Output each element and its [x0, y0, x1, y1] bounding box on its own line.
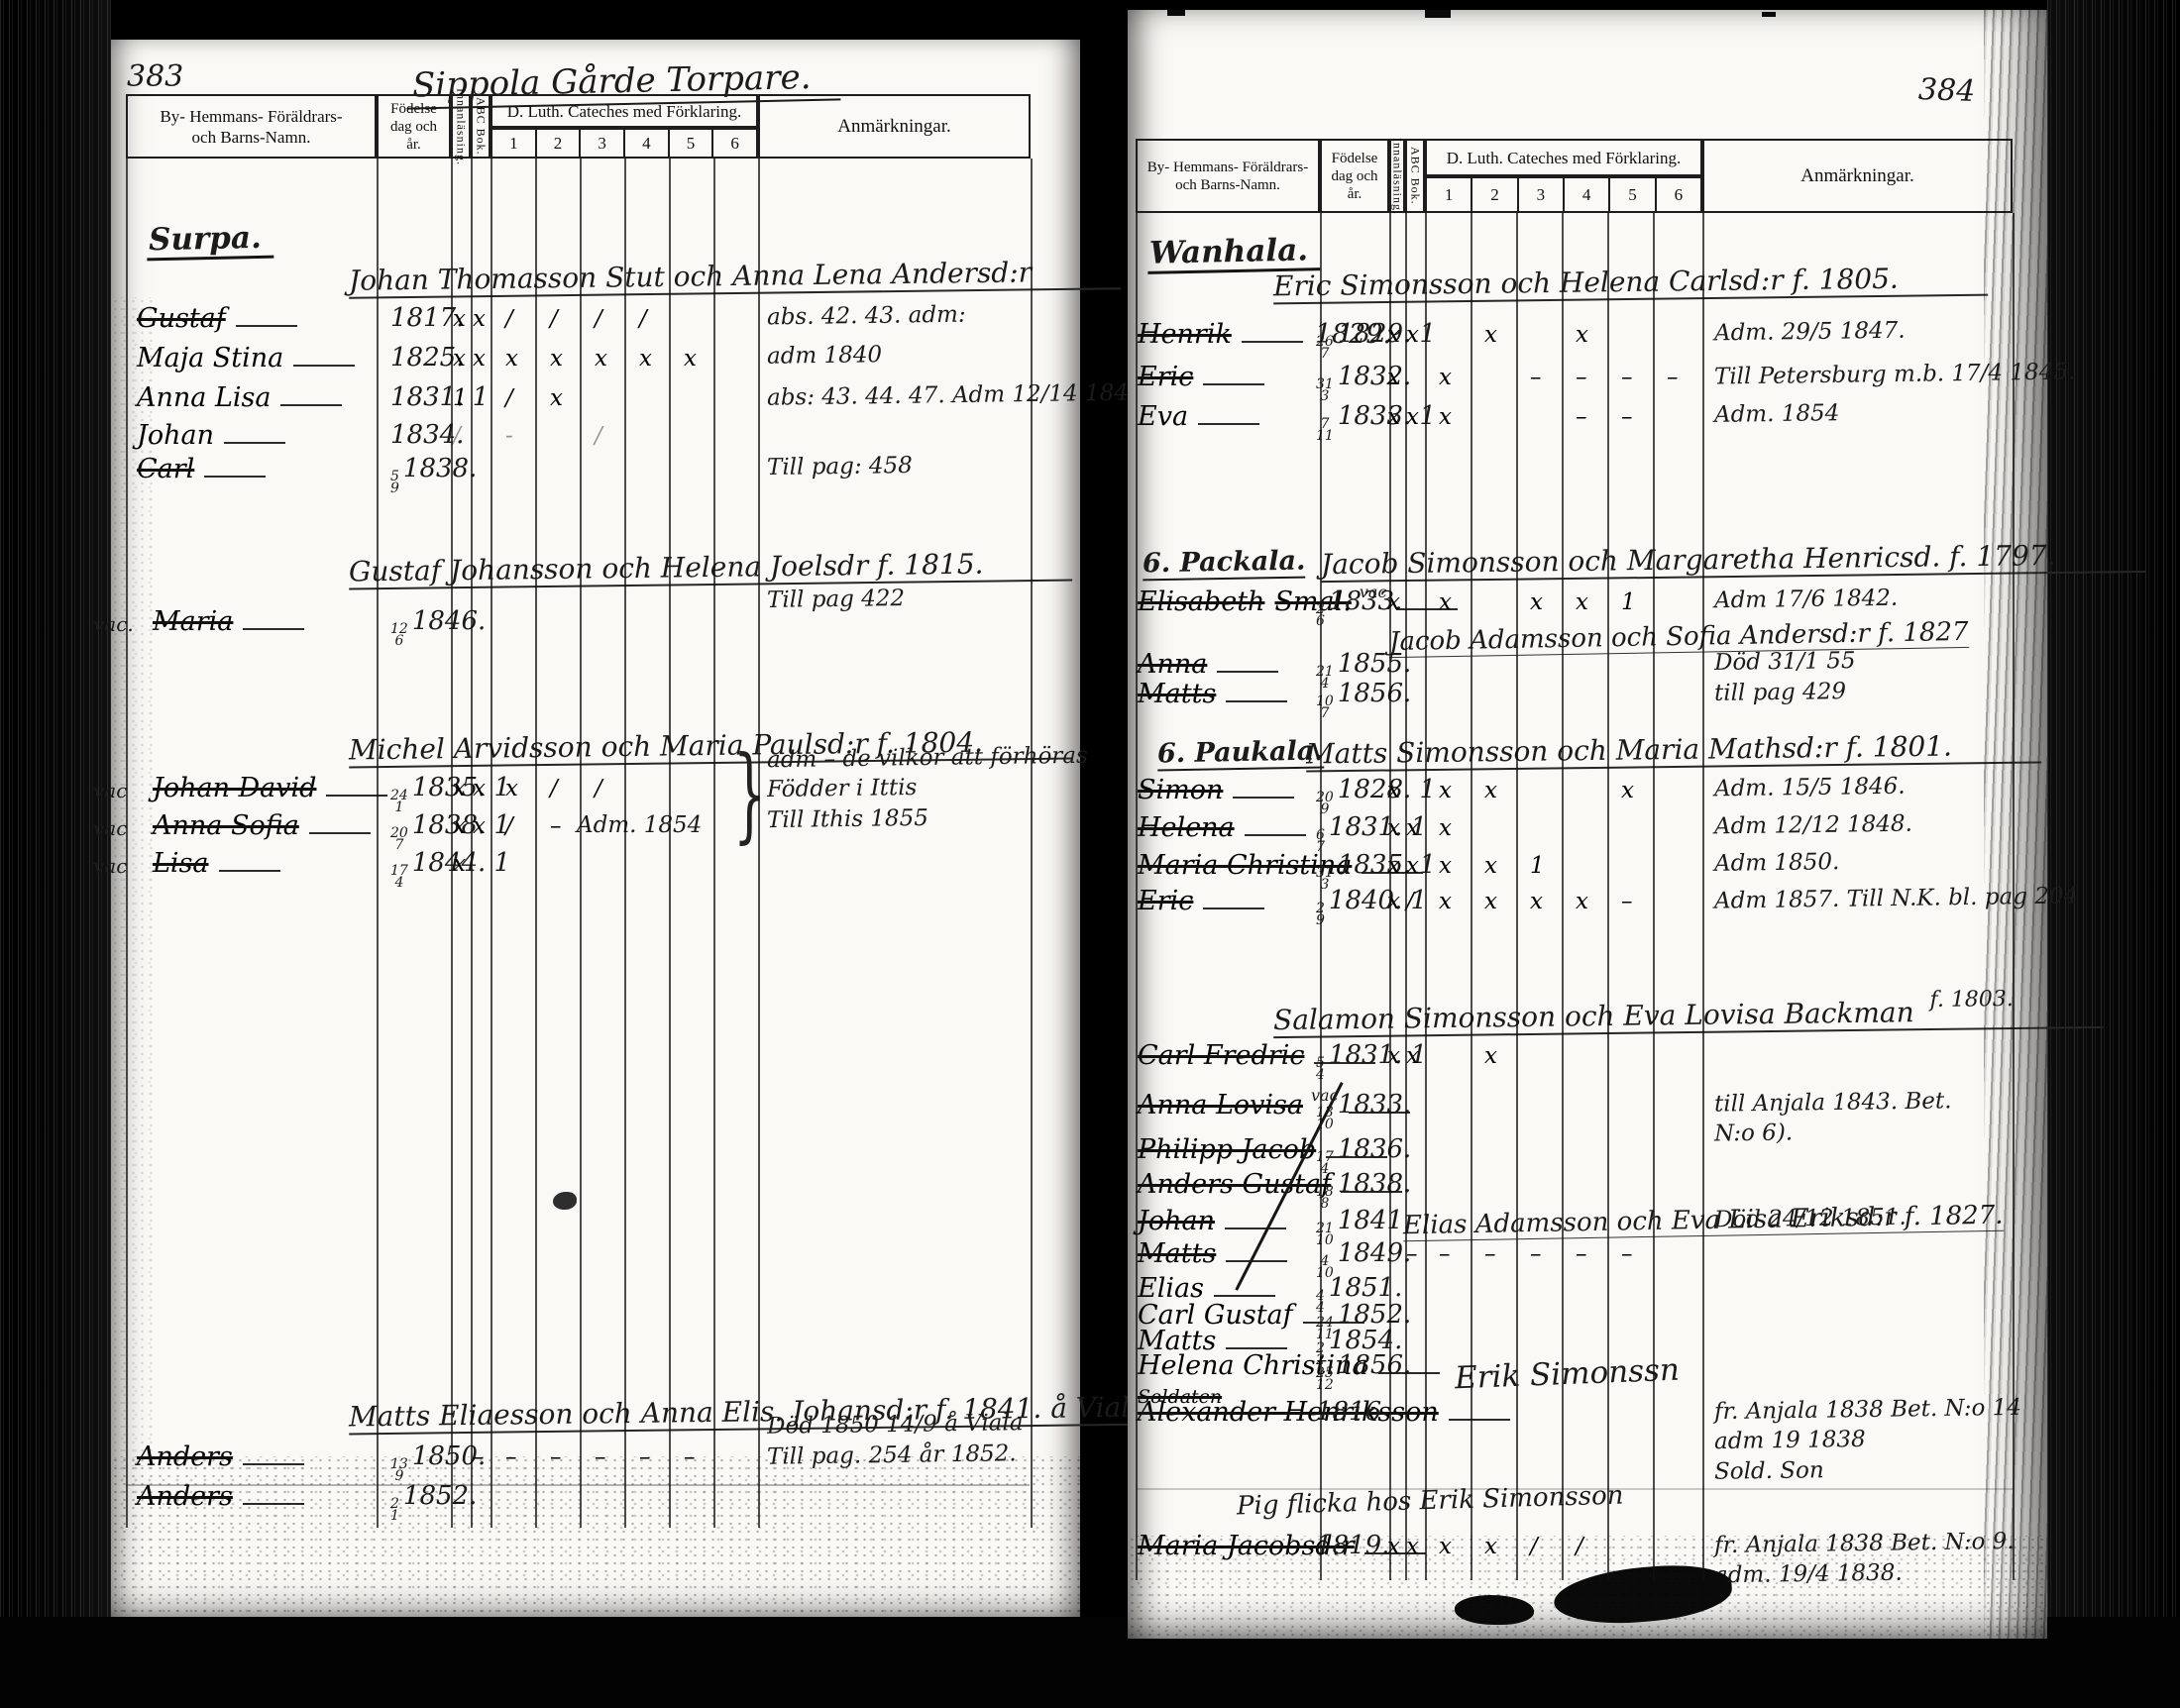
- catechism-mark: x: [1530, 889, 1543, 914]
- birth-year: 1851.: [1329, 1273, 1402, 1303]
- child-row: Lisa: [153, 848, 280, 879]
- child-row: Maria: [153, 606, 304, 637]
- section-note: Pig flicka hos Erik Simonsson: [1237, 1481, 1624, 1522]
- family-parents: Eric Simonsson och Helena Carlsd:r f. 18…: [1273, 262, 1988, 305]
- catechism-mark: x: [453, 776, 466, 801]
- remark-line: Adm 17/6 1842.: [1714, 586, 1899, 614]
- child-name: Johan: [137, 420, 214, 451]
- family-parents: Gustaf Johansson och Helena Joelsdr f. 1…: [349, 547, 1073, 590]
- child-row: Anna Sofia: [153, 810, 371, 841]
- child-row: Johan: [137, 420, 285, 451]
- birth-day-month: 126: [390, 623, 408, 647]
- catechism-mark: x: [639, 346, 652, 372]
- leader-dash: [1217, 658, 1278, 673]
- remark-line: abs. 42. 43. adm:: [767, 302, 966, 331]
- birth-day-month: 139: [390, 1458, 408, 1482]
- remark-line: till Anjala 1843. Bet.: [1714, 1088, 1952, 1117]
- child-row: Matts: [1138, 679, 1287, 709]
- leader-dash: [1198, 410, 1259, 425]
- catechism-mark: –: [1667, 365, 1679, 390]
- birth-year: 1849.: [1338, 1238, 1411, 1268]
- catechism-mark: x: [505, 776, 518, 801]
- remark-line: fr. Anjala 1838 Bet. N:o 9.: [1714, 1529, 2015, 1558]
- catechism-mark: /: [595, 423, 602, 449]
- child-name: Carl: [137, 454, 194, 484]
- leader-dash: [1203, 371, 1264, 385]
- child-name: Maria: [153, 606, 233, 637]
- table-rule-vertical: [471, 159, 473, 1528]
- leader-dash: [1226, 688, 1287, 702]
- catechism-mark: x: [1576, 589, 1588, 615]
- catechism-mark: /: [1530, 1534, 1538, 1559]
- birth-year: 1841.: [1338, 1206, 1411, 1235]
- catechism-mark: –: [1530, 365, 1542, 390]
- catechism-mark: x: [1576, 322, 1588, 348]
- catechism-mark: –: [684, 1444, 696, 1470]
- catechism-mark: x: [453, 851, 466, 877]
- table-rule-vertical: [1653, 213, 1655, 1580]
- leader-dash: [280, 391, 342, 406]
- catechism-mark: x: [1439, 853, 1452, 879]
- birth-date: 1071856.: [1316, 679, 1411, 719]
- table-rule-vertical: [1405, 213, 1407, 1580]
- child-name: Simon: [1138, 775, 1223, 805]
- vac-note: vac: [93, 779, 127, 802]
- leader-dash: [1242, 328, 1303, 343]
- catechism-mark: /: [453, 423, 461, 449]
- leader-dash: [243, 1490, 304, 1505]
- catechism-mark: x: [453, 813, 466, 839]
- family-parents-birthyear: f. 1803.: [1929, 987, 2014, 1013]
- catechism-mark: –: [1530, 1241, 1542, 1267]
- birth-day-month: 21: [390, 1498, 399, 1522]
- birth-month: 11: [1316, 430, 1334, 442]
- leader-dash: [236, 312, 297, 327]
- leader-dash: [1214, 1282, 1275, 1297]
- edge-streaks: [2047, 0, 2180, 1708]
- remark-line: Till Ithis 1855: [767, 805, 928, 833]
- child-name: Johan: [1138, 1206, 1215, 1236]
- catechism-mark: /: [1576, 1534, 1583, 1559]
- child-row: Anna Lisa: [137, 382, 342, 413]
- village-label: Wanhala.: [1147, 232, 1321, 274]
- catechism-mark: x: [505, 346, 518, 372]
- birth-day-month: 313: [1316, 378, 1334, 402]
- child-row: Eric: [1138, 886, 1264, 916]
- leader-dash: [243, 1450, 304, 1465]
- vac-note: vac: [93, 854, 127, 878]
- catechism-mark: x: [453, 306, 466, 332]
- child-row: ElisabethSmal.vac: [1138, 587, 1458, 617]
- catechism-mark: /: [505, 306, 513, 332]
- child-name: Lisa: [153, 848, 209, 879]
- table-rule-vertical: [1471, 213, 1472, 1580]
- birth-month: 9: [390, 482, 399, 494]
- catechism-mark: /: [550, 776, 558, 801]
- child-name: Eva: [1138, 401, 1188, 432]
- catechism-mark: x: [1484, 1534, 1497, 1559]
- book-edge-right: [2047, 0, 2180, 1708]
- catechism-mark: x: [1621, 778, 1634, 803]
- catechism-mark: x: [1530, 589, 1543, 615]
- birth-month: 4: [390, 877, 408, 889]
- child-name: Maja Stina: [137, 343, 283, 374]
- leader-dash: [309, 819, 371, 834]
- catechism-mark: –: [1621, 889, 1633, 914]
- remark-line: adm. 19/4 1838.: [1714, 1560, 1903, 1589]
- catechism-mark: x: [550, 346, 563, 372]
- child-row: Carl: [137, 454, 266, 484]
- remark-line: adm 19 1838: [1714, 1427, 1866, 1454]
- birth-month: 12: [1316, 1379, 1334, 1391]
- catechism-mark: x: [473, 306, 486, 332]
- family-parents: Salamon Simonsson och Eva Lovisa Backman…: [1273, 994, 2103, 1038]
- catechism-mark: x: [1406, 322, 1419, 348]
- table-rule-vertical: [377, 159, 379, 1528]
- edge-speck: [1762, 12, 1776, 17]
- birth-year: 1816: [1316, 1397, 1381, 1427]
- remark-line: adm 1840: [767, 342, 882, 370]
- catechism-mark: x: [1406, 404, 1419, 430]
- child-row: Anna: [1138, 649, 1278, 680]
- birth-year: 1838.: [403, 454, 477, 483]
- table-rule-vertical: [2013, 213, 2015, 1580]
- birth-month: 7: [1316, 707, 1334, 719]
- catechism-mark: /: [595, 776, 602, 801]
- child-row: Maja Stina: [137, 343, 355, 374]
- catechism-mark: x: [1484, 1043, 1497, 1069]
- birth-date: 211852.: [390, 1481, 477, 1522]
- brace-mark: }: [733, 733, 766, 854]
- table-rule-vertical: [1320, 213, 1322, 1580]
- ink-blot: [553, 1192, 577, 1210]
- child-name: Anna Sofia: [153, 810, 299, 841]
- birth-day-month: 711: [1316, 418, 1334, 442]
- remark-line: Död 31/1 55: [1714, 648, 1856, 676]
- catechism-mark: 1: [1621, 589, 1636, 615]
- table-rule-vertical: [535, 159, 537, 1528]
- child-name: Anders: [137, 1441, 233, 1472]
- child-name: Elisabeth: [1138, 587, 1264, 617]
- birth-date: 1816: [1316, 1397, 1381, 1427]
- annotation: Erik Simonssn: [1454, 1352, 1680, 1397]
- catechism-mark: –: [1439, 1241, 1451, 1267]
- catechism-mark: –: [473, 1444, 485, 1470]
- birth-year: 1831. 1: [390, 382, 489, 412]
- edge-speck: [1425, 10, 1451, 18]
- birth-day-month: 2512: [1316, 1367, 1334, 1391]
- catechism-mark: –: [1576, 365, 1587, 390]
- child-row: Simon: [1138, 775, 1294, 805]
- birth-year: 1832.: [1338, 362, 1411, 391]
- family-parents: Jacob Simonsson och Margaretha Henricsd.…: [1321, 538, 2145, 583]
- right-page-entries: Wanhala.Eric Simonsson och Helena Carlsd…: [1128, 10, 2047, 1639]
- remark-line: Död 24/12 1851.: [1714, 1205, 1907, 1233]
- child-row: Johan David: [153, 773, 387, 803]
- remark-line: Adm. 15/5 1846.: [1714, 774, 1906, 802]
- child-name: Henrik: [1138, 319, 1232, 350]
- child-name: Eric: [1138, 362, 1193, 392]
- catechism-mark: x: [1439, 815, 1452, 841]
- leader-dash: [326, 782, 387, 797]
- remark-line: Till Petersburg m.b. 17/4 1845.: [1714, 359, 2076, 389]
- leader-dash: [293, 352, 355, 367]
- family-parents: Johan Thomasson Stut och Anna Lena Ander…: [349, 255, 1121, 299]
- catechism-mark: x: [595, 346, 607, 372]
- annotation: Adm. 1854: [577, 812, 702, 838]
- table-rule-vertical: [758, 159, 760, 1528]
- catechism-mark: –: [1484, 1241, 1496, 1267]
- birth-date: 2091828. 1: [1316, 775, 1436, 815]
- table-rule-vertical: [1425, 213, 1427, 1580]
- table-rule-vertical: [1702, 213, 1704, 1580]
- table-rule-vertical: [1516, 213, 1518, 1580]
- catechism-mark: x: [1439, 589, 1452, 615]
- village-label: 6. Packala.: [1143, 546, 1306, 582]
- table-rule-vertical: [1031, 159, 1033, 1528]
- catechism-mark: /: [595, 306, 602, 332]
- left-page-entries: Surpa.Johan Thomasson Stut och Anna Lena…: [111, 40, 1080, 1617]
- catechism-mark: x: [1406, 1043, 1419, 1069]
- catechism-mark: x: [1439, 889, 1452, 914]
- catechism-mark: x: [684, 346, 697, 372]
- leader-dash: [1225, 1215, 1286, 1229]
- child-name: Philipp Jacob: [1138, 1134, 1316, 1165]
- catechism-mark: /: [550, 306, 558, 332]
- birth-date: 1819.: [1316, 1531, 1389, 1560]
- table-rule-vertical: [1389, 213, 1391, 1580]
- village-label: 6. Paukala.: [1157, 736, 1324, 772]
- birth-day-month: 59: [390, 471, 399, 494]
- remark-line: Adm 12/12 1848.: [1714, 811, 1912, 840]
- remark-line: Adm 1857. Till N.K. bl. pag 204: [1714, 883, 2078, 913]
- birth-month: 6: [390, 635, 408, 647]
- catechism-mark: x: [1484, 853, 1497, 879]
- catechism-mark: /: [505, 813, 513, 839]
- birth-day-month: 267: [1316, 336, 1334, 360]
- child-name: Carl Fredric: [1138, 1040, 1304, 1071]
- leader-dash: [219, 857, 280, 872]
- vac-note: vac: [93, 816, 127, 840]
- birth-year: 1856.: [1338, 1350, 1411, 1380]
- remark-line: fr. Anjala 1838 Bet. N:o 14: [1714, 1395, 2021, 1425]
- catechism-mark: x: [1484, 778, 1497, 803]
- birth-month: 1: [390, 1510, 399, 1522]
- scratch-line: [1136, 1488, 2013, 1490]
- child-name: Matts: [1138, 1238, 1216, 1269]
- remark-line: Till pag. 254 år 1852.: [767, 1441, 1017, 1470]
- leader-dash: [1203, 895, 1264, 909]
- catechism-mark: 1: [453, 385, 468, 411]
- left-page: 383 Sippola Gårde Torpare. By- Hemmans- …: [111, 40, 1080, 1617]
- table-rule-vertical: [713, 159, 715, 1528]
- birth-year: 1819.: [1316, 1531, 1389, 1560]
- inline-parents: Jacob Adamsson och Sofia Andersd:r f. 18…: [1389, 617, 1969, 658]
- leader-dash: [243, 615, 304, 630]
- catechism-mark: –: [1576, 1241, 1587, 1267]
- remark-line: Adm 1850.: [1714, 849, 1840, 877]
- catechism-mark: x: [1576, 889, 1588, 914]
- catechism-mark: –: [550, 1444, 562, 1470]
- catechism-mark: x: [1484, 322, 1497, 348]
- scratch-line: [126, 1484, 1030, 1486]
- catechism-mark: –: [1621, 365, 1633, 390]
- table-rule-vertical: [126, 159, 128, 1528]
- catechism-mark: x: [473, 346, 486, 372]
- catechism-mark: –: [595, 1444, 606, 1470]
- table-rule-vertical: [451, 159, 453, 1528]
- catechism-mark: x: [550, 385, 563, 411]
- catechism-mark: x: [1484, 889, 1497, 914]
- birth-date: 1831. 1: [390, 382, 489, 412]
- catechism-mark: –: [1406, 1241, 1418, 1267]
- child-row: Helena: [1138, 812, 1306, 843]
- leader-dash: [1226, 1334, 1287, 1349]
- remark-line: Adm. 29/5 1847.: [1714, 318, 1906, 347]
- remark-line: Adm. 1854: [1714, 400, 1840, 428]
- remark-line: N:o 6).: [1714, 1120, 1793, 1146]
- remark-line: adm – de vilkor att förhöras: [767, 743, 1088, 774]
- birth-date: 591838.: [390, 454, 477, 494]
- catechism-mark: x: [473, 776, 486, 801]
- family-parents: Matts Simonsson och Maria Mathsd:r f. 18…: [1306, 728, 2041, 772]
- remark-line: Sold. Son: [1714, 1457, 1824, 1485]
- table-rule-vertical: [580, 159, 582, 1528]
- table-rule-vertical: [1136, 213, 1138, 1580]
- catechism-mark: x: [1406, 815, 1419, 841]
- birth-day-month: 107: [1316, 695, 1334, 719]
- leader-dash: [224, 429, 285, 444]
- birth-year: 1856.: [1338, 679, 1411, 708]
- child-row: Anders: [137, 1441, 304, 1472]
- remark-line: Födder i Ittis: [767, 775, 918, 802]
- catechism-mark: -: [505, 423, 513, 449]
- catechism-mark: x: [1439, 778, 1452, 803]
- leader-dash: [1449, 1406, 1510, 1421]
- catechism-mark: x: [1439, 404, 1452, 430]
- remark-line: Till pag: 458: [767, 453, 913, 480]
- remark-line: till pag 429: [1714, 679, 1846, 706]
- catechism-mark: –: [639, 1444, 651, 1470]
- birth-year: 1838.: [1338, 1169, 1411, 1199]
- child-row: Matts: [1138, 1238, 1287, 1269]
- catechism-mark: x: [1406, 853, 1419, 879]
- catechism-mark: –: [1621, 1241, 1633, 1267]
- catechism-mark: x: [1406, 1534, 1419, 1559]
- birth-year: 1855.: [1338, 649, 1411, 679]
- leader-dash: [1245, 821, 1306, 836]
- remark-line: Till pag 422: [767, 586, 905, 613]
- table-rule-vertical: [1607, 213, 1609, 1580]
- child-row: Eric: [1138, 362, 1264, 392]
- child-row: Gustaf: [137, 303, 297, 334]
- right-page: 384 By- Hemmans- Föräldrars- och Barns-N…: [1128, 10, 2047, 1639]
- catechism-mark: –: [1621, 404, 1633, 430]
- child-name: Alexander Henriksson: [1138, 1397, 1439, 1428]
- leader-dash: [204, 463, 266, 478]
- village-label: Surpa.: [147, 220, 274, 262]
- catechism-mark: 1: [1530, 853, 1545, 879]
- birth-date: 25121856.: [1316, 1350, 1411, 1391]
- edge-speck: [1167, 10, 1185, 16]
- child-name: Eric: [1138, 886, 1193, 916]
- catechism-mark: –: [505, 1444, 517, 1470]
- table-rule-vertical: [669, 159, 671, 1528]
- birth-year: 1846.: [412, 606, 486, 636]
- child-name: Johan David: [153, 773, 316, 803]
- catechism-mark: x: [473, 813, 486, 839]
- child-name: Anders Gustaf: [1138, 1169, 1331, 1200]
- birth-year: 1833.: [1338, 1090, 1411, 1120]
- remark-line: Död 1850 14/9 å Viala: [767, 1410, 1024, 1440]
- table-rule-vertical: [1562, 213, 1564, 1580]
- birth-year: 1836.: [1338, 1134, 1411, 1164]
- remark-line: abs: 43. 44. 47. Adm 12/14 1847.: [767, 379, 1150, 410]
- child-name: Matts: [1138, 679, 1216, 709]
- birth-date: 13101833.: [1316, 1090, 1411, 1130]
- child-name: Helena: [1138, 812, 1235, 843]
- birth-month: 7: [1316, 348, 1334, 360]
- catechism-mark: /: [1406, 889, 1414, 914]
- child-name: Anna Lisa: [137, 382, 271, 413]
- leader-dash: [1233, 784, 1294, 799]
- catechism-mark: –: [1576, 404, 1587, 430]
- child-row: Eva: [1138, 401, 1259, 432]
- table-rule-vertical: [624, 159, 626, 1528]
- child-name: Gustaf: [137, 303, 226, 334]
- catechism-mark: x: [1439, 1534, 1452, 1559]
- catechism-mark: x: [1439, 365, 1452, 390]
- catechism-mark: –: [550, 813, 562, 839]
- catechism-mark: /: [639, 306, 647, 332]
- catechism-mark: /: [505, 385, 513, 411]
- birth-date: 1881838.: [1316, 1169, 1411, 1210]
- catechism-mark: x: [453, 346, 466, 372]
- table-rule-vertical: [490, 159, 492, 1528]
- child-name: Anna: [1138, 649, 1207, 680]
- ink-blot: [1455, 1595, 1534, 1625]
- birth-day-month: 174: [390, 865, 408, 889]
- child-name: Anna Lovisa: [1138, 1090, 1303, 1121]
